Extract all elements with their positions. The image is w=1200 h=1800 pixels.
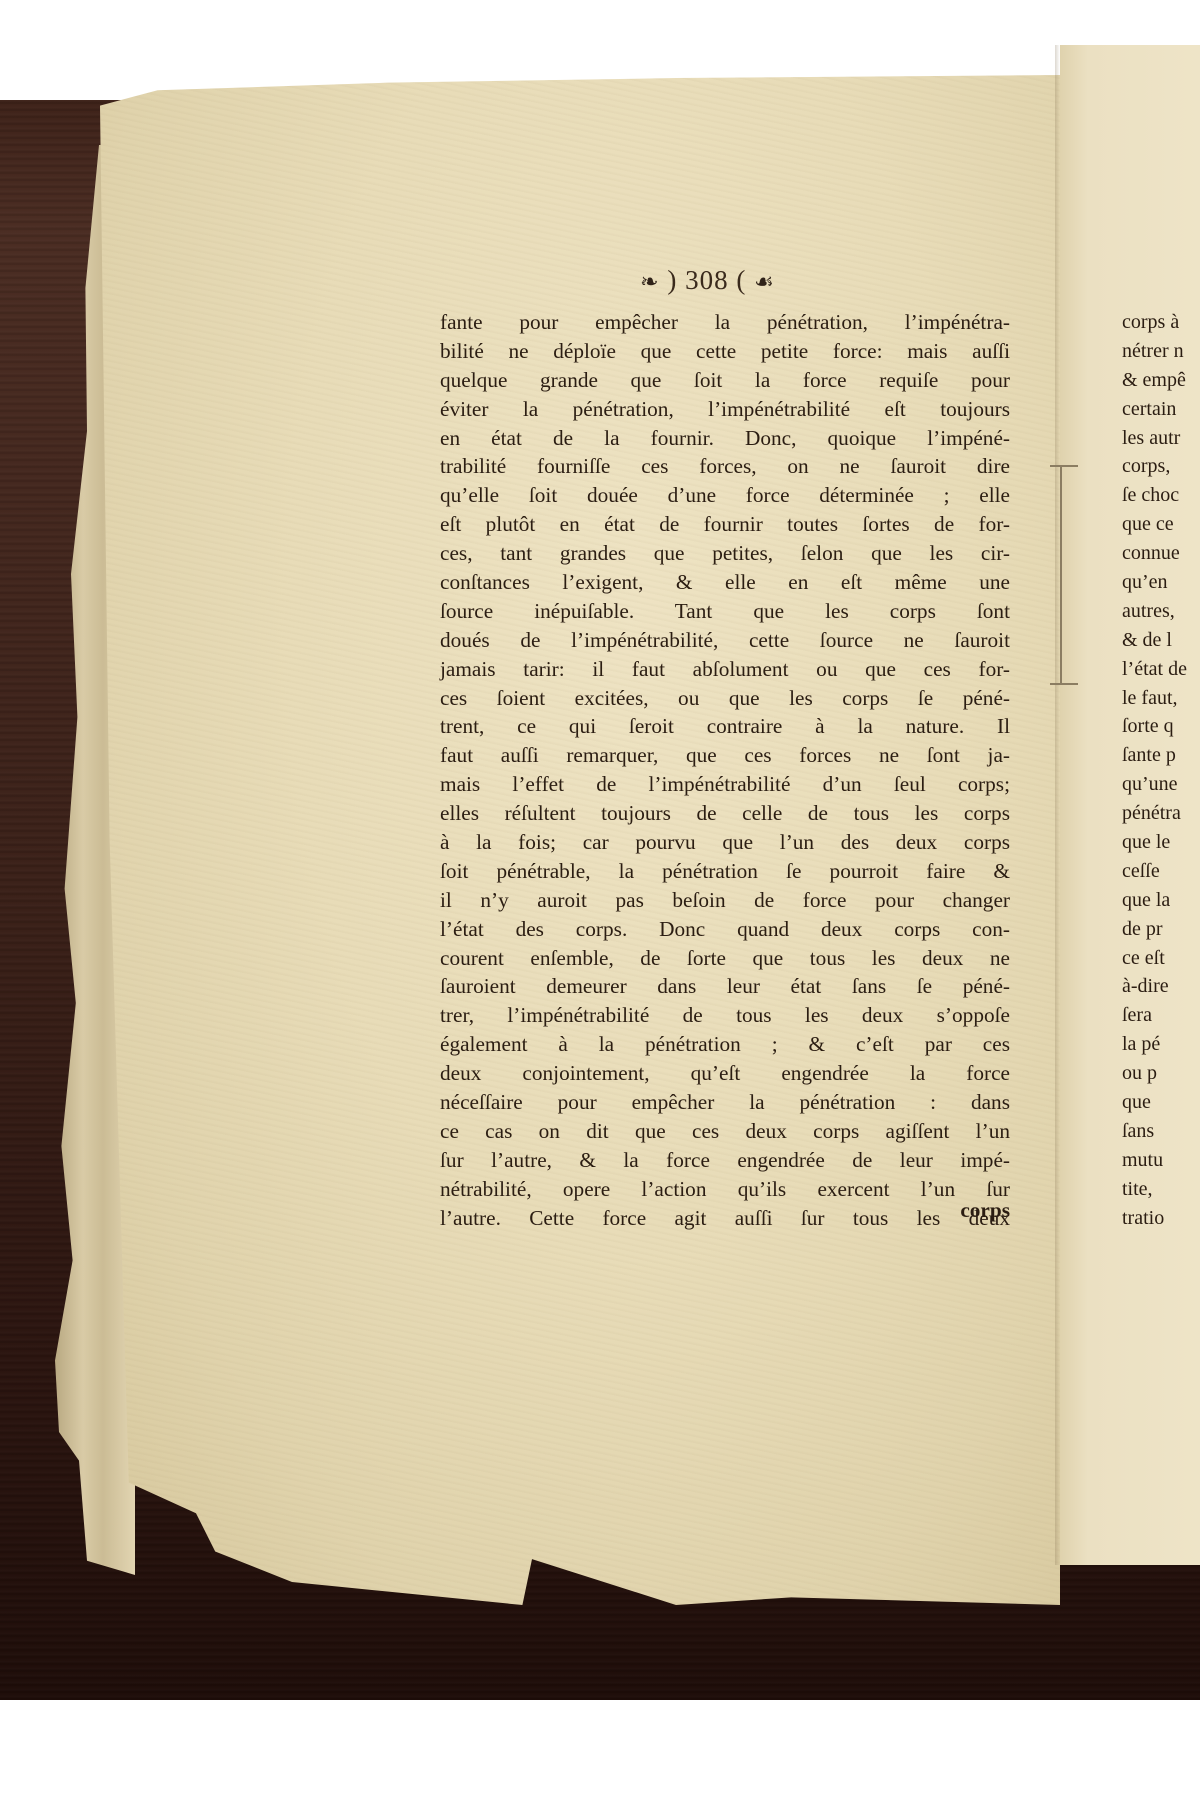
right-page-text: corps à nétrer n & empê certain les autr… <box>1122 308 1200 1233</box>
text-line: ſource inépuiſable. Tant que les corps ſ… <box>440 597 1010 626</box>
text-line: également à la pénétration ; & c’eſt par… <box>440 1030 1010 1059</box>
text-line: certain <box>1122 395 1200 424</box>
text-line: ſe choc <box>1122 481 1200 510</box>
text-line: connue <box>1122 539 1200 568</box>
text-line: bilité ne déploïe que cette petite force… <box>440 337 1010 366</box>
text-line: ces ſoient excitées, ou que les corps ſe… <box>440 684 1010 713</box>
text-line: fante pour empêcher la pénétration, l’im… <box>440 308 1010 337</box>
text-line: le faut, <box>1122 684 1200 713</box>
fleuron-right-icon: ☙ <box>754 269 775 294</box>
text-line: corps, <box>1122 452 1200 481</box>
text-line: nétrer n <box>1122 337 1200 366</box>
text-line: tite, <box>1122 1175 1200 1204</box>
text-line: & empê <box>1122 366 1200 395</box>
text-line: mais l’effet de l’impénétrabilité d’un ſ… <box>440 770 1010 799</box>
text-line: ſante p <box>1122 741 1200 770</box>
text-line: ce cas on dit que ces deux corps agiſſen… <box>440 1117 1010 1146</box>
text-line: de pr <box>1122 915 1200 944</box>
text-line: trabilité fourniſſe ces forces, on ne ſa… <box>440 452 1010 481</box>
text-line: néceſſaire pour empêcher la pénétration … <box>440 1088 1010 1117</box>
text-line: ces, tant grandes que petites, ſelon que… <box>440 539 1010 568</box>
text-line: corps à <box>1122 308 1200 337</box>
text-line: nétrabilité, opere l’action qu’ils exerc… <box>440 1175 1010 1204</box>
text-line: il n’y auroit pas beſoin de force pour c… <box>440 886 1010 915</box>
text-line: ſur l’autre, & la force engendrée de leu… <box>440 1146 1010 1175</box>
text-line: l’état des corps. Donc quand deux corps … <box>440 915 1010 944</box>
text-line: ſans <box>1122 1117 1200 1146</box>
text-line: ſorte q <box>1122 712 1200 741</box>
text-line: trent, ce qui ſeroit contraire à la natu… <box>440 712 1010 741</box>
text-line: elles réſultent toujours de celle de tou… <box>440 799 1010 828</box>
text-line: qu’elle ſoit douée d’une force déterminé… <box>440 481 1010 510</box>
text-line: deux conjointement, qu’eſt engendrée la … <box>440 1059 1010 1088</box>
running-head: ❧ ) 308 ( ☙ <box>615 265 800 296</box>
left-page-text: fante pour empêcher la pénétration, l’im… <box>440 308 1010 1233</box>
text-line: les autr <box>1122 424 1200 453</box>
text-line: ſera <box>1122 1001 1200 1030</box>
text-line: l’état de <box>1122 655 1200 684</box>
page-number: ) 308 ( <box>667 265 746 295</box>
text-line: pénétra <box>1122 799 1200 828</box>
text-line: doués de l’impénétrabilité, cette ſource… <box>440 626 1010 655</box>
text-line: éviter la pénétration, l’impénétrabilité… <box>440 395 1010 424</box>
text-line: ſauroient demeurer dans leur état ſans ſ… <box>440 972 1010 1001</box>
text-line: trer, l’impénétrabilité de tous les deux… <box>440 1001 1010 1030</box>
text-line: que le <box>1122 828 1200 857</box>
text-line: tratio <box>1122 1204 1200 1233</box>
fleuron-left-icon: ❧ <box>640 269 659 294</box>
text-line: faut auſſi remarquer, que ces forces ne … <box>440 741 1010 770</box>
book-gutter <box>1055 45 1060 1565</box>
text-line: ſoit pénétrable, la pénétration ſe pourr… <box>440 857 1010 886</box>
text-line: la pé <box>1122 1030 1200 1059</box>
text-line: que la <box>1122 886 1200 915</box>
text-line: quelque grande que ſoit la force requiſe… <box>440 366 1010 395</box>
text-line: & de l <box>1122 626 1200 655</box>
text-line: l’autre. Cette force agit auſſi ſur tous… <box>440 1204 1010 1233</box>
text-line: autres, <box>1122 597 1200 626</box>
text-line: que ce <box>1122 510 1200 539</box>
text-line: que <box>1122 1088 1200 1117</box>
text-line: eſt plutôt en état de fournir toutes ſor… <box>440 510 1010 539</box>
text-line: ceſſe <box>1122 857 1200 886</box>
text-line: mutu <box>1122 1146 1200 1175</box>
text-line: qu’en <box>1122 568 1200 597</box>
catchword: corps <box>930 1198 1010 1223</box>
margin-bracket-mark <box>1060 465 1062 685</box>
text-line: à-dire <box>1122 972 1200 1001</box>
text-line: courent enſemble, de ſorte que tous les … <box>440 944 1010 973</box>
text-line: conſtances l’exigent, & elle en eſt même… <box>440 568 1010 597</box>
text-line: en état de la fournir. Donc, quoique l’i… <box>440 424 1010 453</box>
text-line: à la fois; car pourvu que l’un des deux … <box>440 828 1010 857</box>
text-line: qu’une <box>1122 770 1200 799</box>
text-line: jamais tarir: il faut abſolument ou que … <box>440 655 1010 684</box>
text-line: ou p <box>1122 1059 1200 1088</box>
text-line: ce eſt <box>1122 944 1200 973</box>
